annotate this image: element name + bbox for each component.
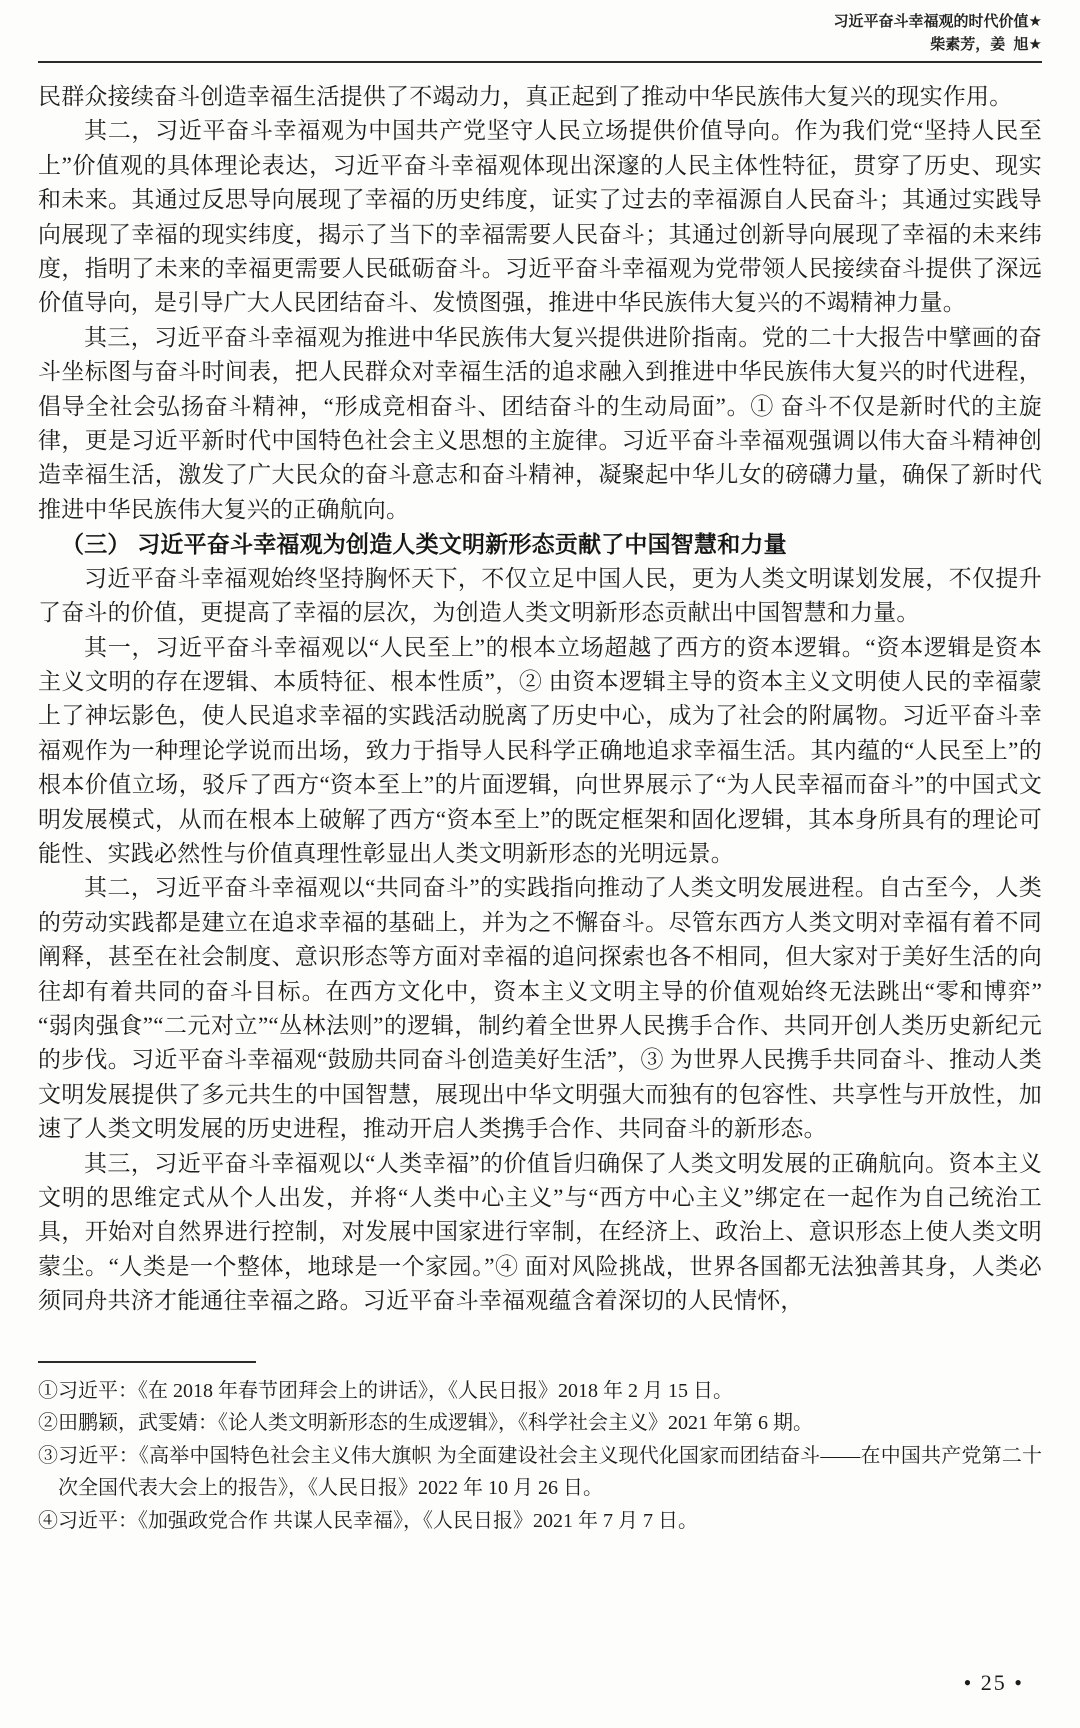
page-number: • 25 •: [964, 1670, 1024, 1696]
footnote-item: ③习近平：《高举中国特色社会主义伟大旗帜 为全面建设社会主义现代化国家而团结奋斗…: [38, 1440, 1042, 1505]
section-heading: （三） 习近平奋斗幸福观为创造人类文明新形态贡献了中国智慧和力量: [38, 527, 1042, 561]
body-paragraph-continuation: 民群众接续奋斗创造幸福生活提供了不竭动力，真正起到了推动中华民族伟大复兴的现实作…: [38, 80, 1042, 114]
footnote-area: ①习近平：《在 2018 年春节团拜会上的讲话》，《人民日报》2018 年 2 …: [38, 1361, 1042, 1538]
body-paragraph: 其一，习近平奋斗幸福观以“人民至上”的根本立场超越了西方的资本逻辑。“资本逻辑是…: [38, 631, 1042, 872]
footnote-item: ②田鹏颖，武雯婧：《论人类文明新形态的生成逻辑》，《科学社会主义》2021 年第…: [38, 1407, 1042, 1440]
document-page: 习近平奋斗幸福观的时代价值★ 柴素芳，姜 旭★ 民群众接续奋斗创造幸福生活提供了…: [0, 0, 1080, 1728]
body-paragraph: 其三，习近平奋斗幸福观以“人类幸福”的价值旨归确保了人类文明发展的正确航向。资本…: [38, 1147, 1042, 1319]
body-paragraph: 习近平奋斗幸福观始终坚持胸怀天下，不仅立足中国人民，更为人类文明谋划发展，不仅提…: [38, 562, 1042, 631]
page-header: 习近平奋斗幸福观的时代价值★ 柴素芳，姜 旭★: [38, 0, 1042, 63]
running-title: 习近平奋斗幸福观的时代价值★: [38, 10, 1042, 33]
running-authors: 柴素芳，姜 旭★: [38, 33, 1042, 56]
footnote-item: ①习近平：《在 2018 年春节团拜会上的讲话》，《人民日报》2018 年 2 …: [38, 1375, 1042, 1408]
body-paragraph: 其三，习近平奋斗幸福观为推进中华民族伟大复兴提供进阶指南。党的二十大报告中擘画的…: [38, 321, 1042, 527]
footnote-list: ①习近平：《在 2018 年春节团拜会上的讲话》，《人民日报》2018 年 2 …: [38, 1375, 1042, 1538]
body-paragraph: 其二，习近平奋斗幸福观为中国共产党坚守人民立场提供价值导向。作为我们党“坚持人民…: [38, 114, 1042, 320]
footnote-item: ④习近平：《加强政党合作 共谋人民幸福》，《人民日报》2021 年 7 月 7 …: [38, 1505, 1042, 1538]
footnote-separator-rule: [38, 1361, 256, 1363]
body-paragraph: 其二，习近平奋斗幸福观以“共同奋斗”的实践指向推动了人类文明发展进程。自古至今，…: [38, 871, 1042, 1146]
header-rule: [38, 61, 1042, 63]
article-body: 民群众接续奋斗创造幸福生活提供了不竭动力，真正起到了推动中华民族伟大复兴的现实作…: [38, 80, 1042, 1319]
